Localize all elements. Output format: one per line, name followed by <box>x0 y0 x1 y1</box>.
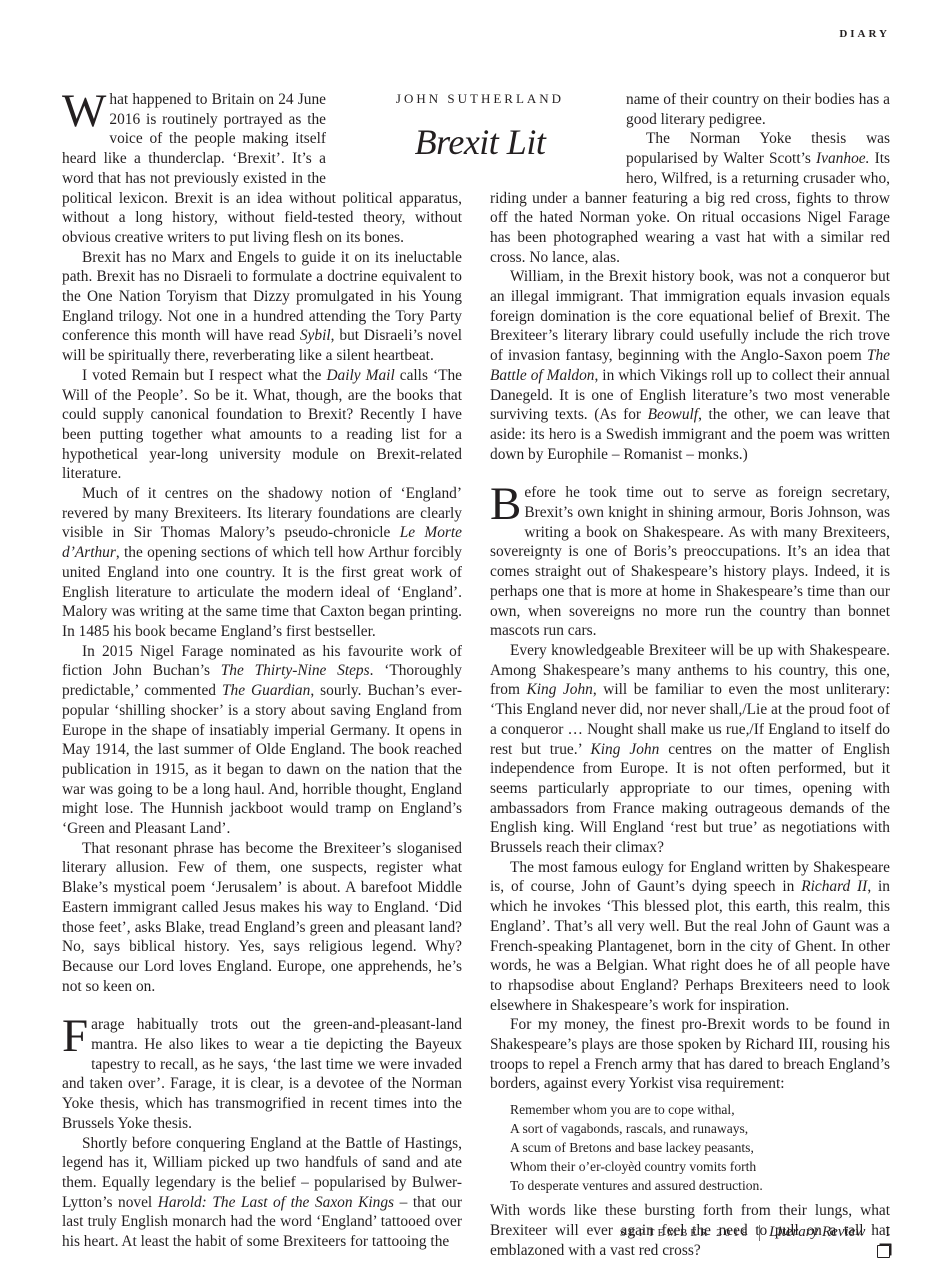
paragraph: I voted Remain but I respect what the Da… <box>62 366 462 484</box>
paragraph: The most famous eulogy for England writt… <box>490 858 890 1016</box>
paragraph: Much of it centres on the shadowy notion… <box>62 484 462 642</box>
paragraph: Shortly before conquering England at the… <box>62 1134 462 1252</box>
page-footer: SEPTEMBER 2018 Literary Review I <box>620 1224 890 1241</box>
section-label: DIARY <box>839 28 890 40</box>
page-number: I <box>885 1225 890 1241</box>
verse-line: A scum of Bretons and base lackey peasan… <box>510 1138 890 1157</box>
drop-cap: B <box>490 485 521 523</box>
title-spacer <box>326 90 462 188</box>
verse-line: A sort of vagabonds, rascals, and runawa… <box>510 1119 890 1138</box>
paragraph: In 2015 Nigel Farage nominated as his fa… <box>62 642 462 839</box>
end-mark-icon <box>877 1245 890 1258</box>
drop-cap: W <box>62 92 106 130</box>
issue-date: SEPTEMBER 2018 <box>620 1227 750 1239</box>
verse-quote: Remember whom you are to cope withal, A … <box>510 1100 890 1195</box>
verse-line: Remember whom you are to cope withal, <box>510 1100 890 1119</box>
paragraph: Brexit has no Marx and Engels to guide i… <box>62 248 462 366</box>
paragraph: Farage habitually trots out the green-an… <box>62 1015 462 1133</box>
verse-line: Whom their o’er-cloyèd country vomits fo… <box>510 1157 890 1176</box>
verse-line: To desperate ventures and assured destru… <box>510 1176 890 1195</box>
paragraph: Every knowledgeable Brexiteer will be up… <box>490 641 890 858</box>
magazine-name: Literary Review <box>769 1224 865 1241</box>
paragraph: That resonant phrase has become the Brex… <box>62 839 462 997</box>
left-column: What happened to Britain on 24 June 2016… <box>62 90 462 1252</box>
paragraph: Before he took time out to serve as fore… <box>490 483 890 641</box>
footer-divider <box>759 1225 760 1241</box>
title-spacer <box>490 90 626 188</box>
drop-cap: F <box>62 1017 88 1055</box>
right-column: name of their country on their bodies ha… <box>490 90 890 1260</box>
paragraph: William, in the Brexit history book, was… <box>490 267 890 464</box>
paragraph: For my money, the finest pro-Brexit word… <box>490 1015 890 1094</box>
